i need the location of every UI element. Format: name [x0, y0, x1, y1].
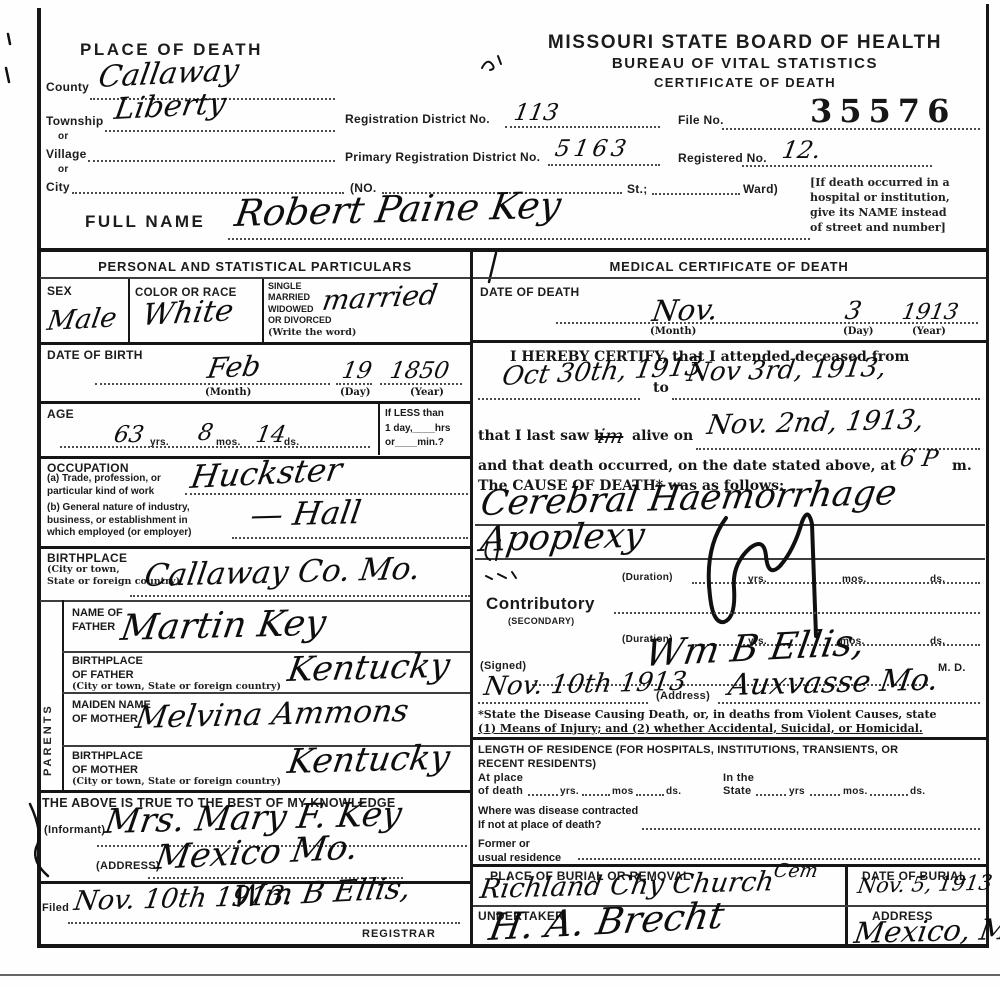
duration1-ds: ds. — [930, 574, 945, 586]
contracted-label: Where was disease contracted If not at p… — [478, 805, 638, 833]
bureau-title: BUREAU OF VITAL STATISTICS — [505, 55, 985, 73]
occupation-b-line: (b) General nature of industry, — [47, 502, 191, 515]
secondary-label: (SECONDARY) — [508, 616, 574, 627]
occupation-b-value: — Hall — [248, 493, 364, 534]
mother-bp-note: (City or town, State or foreign country) — [72, 776, 281, 789]
burial-top-rule — [473, 864, 986, 867]
file-no-label: File No. — [678, 113, 724, 127]
hospital-note-line: [If death occurred in a — [810, 176, 988, 191]
dob-month-line — [95, 383, 330, 385]
undertaker-address-value: Mexico, Mo. — [852, 911, 1000, 950]
res-line-4 — [756, 794, 786, 796]
contributory-line — [614, 612, 980, 614]
footnote-line: (1) Means of Injury; and (2) whether Acc… — [478, 722, 986, 736]
registration-district-value: 113 — [512, 100, 560, 126]
registered-no-line — [742, 165, 932, 167]
dob-year-line — [380, 383, 462, 385]
occupation-a-line: (a) Trade, profession, or — [47, 473, 161, 486]
burial-divider — [845, 864, 848, 944]
full-name-label: FULL NAME — [85, 212, 205, 232]
to-label: to — [653, 380, 669, 396]
dod-year-caption: (Year) — [912, 326, 946, 337]
dob-month: Feb — [205, 349, 263, 385]
primary-registration-value: 5163 — [553, 136, 632, 162]
res-line-1 — [528, 794, 558, 796]
contracted-line: If not at place of death? — [478, 819, 638, 833]
father-name-line: FATHER — [72, 620, 123, 634]
md-label: M. D. — [938, 662, 966, 675]
mother-bp-value: Kentucky — [285, 738, 453, 782]
township-value: Liberty — [112, 86, 228, 127]
hospital-note-line: of street and number] — [810, 221, 988, 236]
header-bottom-rule — [37, 248, 989, 252]
father-bp-value: Kentucky — [285, 646, 453, 690]
footnote: *State the Disease Causing Death, or, in… — [478, 708, 986, 736]
age-note-line: If LESS than — [385, 407, 450, 422]
sex-value: Male — [45, 302, 119, 337]
father-name-label: NAME OF FATHER — [72, 606, 123, 635]
of-death-label: of death — [478, 785, 523, 798]
age-note: If LESS than 1 day,____hrs or____min.? — [385, 407, 450, 451]
res-line-3 — [636, 794, 664, 796]
occupation-b-label: (b) General nature of industry, business… — [47, 502, 191, 540]
primary-registration-line — [548, 164, 660, 166]
res-line-2 — [582, 794, 610, 796]
contracted-line: Where was disease contracted — [478, 805, 638, 819]
age-box-divider — [378, 403, 380, 455]
struck-word: im — [596, 424, 626, 448]
township-line — [105, 130, 335, 132]
hospital-note-line: give its NAME instead — [810, 206, 988, 221]
res-yrs2-label: yrs — [789, 786, 805, 798]
medical-title: MEDICAL CERTIFICATE OF DEATH — [475, 259, 983, 275]
footnote-line: *State the Disease Causing Death, or, in… — [478, 708, 986, 722]
dod-row-rule — [473, 340, 986, 343]
personal-title-rule — [40, 277, 470, 279]
age-years: 63 — [112, 422, 146, 448]
signed-date-line — [478, 702, 648, 704]
age-days: 14 — [254, 422, 288, 448]
at-place-label: At place — [478, 772, 523, 785]
scan-edge-line — [0, 974, 1000, 976]
burial-date-value: Nov. 5, 1913 — [856, 871, 994, 898]
color-value: White — [140, 293, 236, 333]
file-no-value: 35576 — [810, 92, 956, 130]
alive-label: alive on — [632, 428, 693, 444]
res-mos2-label: mos. — [843, 786, 868, 798]
res-ds-label: ds. — [666, 786, 681, 798]
birthplace-value: Callaway Co. Mo. — [142, 551, 423, 594]
hospital-note: [If death occurred in a hospital or inst… — [810, 176, 988, 235]
age-note-line: 1 day,____hrs — [385, 422, 450, 437]
registrar-label: REGISTRAR — [362, 928, 436, 941]
or-label-1: or — [58, 131, 69, 143]
age-label: AGE — [47, 407, 74, 421]
occupation-a-label: (a) Trade, profession, or particular kin… — [47, 473, 161, 498]
signed-address-line — [718, 702, 980, 704]
occupation-b-line-rule — [232, 537, 468, 539]
burial-place-super: Cem — [772, 860, 820, 882]
parents-label: PARENTS — [42, 618, 54, 776]
mother-bp-line: BIRTHPLACE — [72, 750, 143, 764]
file-no-line — [722, 128, 980, 130]
mother-name-value: Melvina Ammons — [133, 693, 411, 736]
mother-bp-label: BIRTHPLACE OF MOTHER — [72, 750, 143, 778]
city-label: City — [46, 180, 70, 194]
father-bp-label: BIRTHPLACE OF FATHER — [72, 655, 143, 683]
death-certificate-scan: PLACE OF DEATH County Callaway Township … — [0, 0, 1000, 988]
state-label: State — [723, 785, 751, 798]
dob-year: 1850 — [388, 358, 451, 384]
registration-district-label: Registration District No. — [345, 112, 490, 126]
sex-color-divider — [128, 279, 130, 342]
last-saw-pre: that I last saw h — [478, 428, 604, 444]
signed-address-value: Auxvasse Mo. — [726, 663, 941, 703]
primary-registration-label: Primary Registration District No. — [345, 150, 540, 164]
attended-to-value: Nov 3rd, 1913, — [685, 353, 888, 388]
age-line — [60, 446, 370, 448]
duration1-label: (Duration) — [622, 572, 673, 584]
or-label-2: or — [58, 164, 69, 176]
in-the-label: In the — [723, 772, 754, 785]
dob-year-caption: (Year) — [410, 387, 444, 398]
parents-bottom-rule — [40, 790, 470, 793]
dob-day-line — [336, 383, 372, 385]
dob-day: 19 — [340, 358, 374, 384]
ink-mark — [22, 800, 52, 880]
marital-label-line: SINGLE — [268, 281, 332, 292]
registration-district-line — [505, 126, 660, 128]
death-occurred-label: and that death occurred, on the date sta… — [478, 458, 896, 474]
dod-day: 3 — [843, 296, 864, 325]
personal-title: PERSONAL AND STATISTICAL PARTICULARS — [40, 259, 470, 275]
informant-label: (Informant) — [44, 824, 105, 837]
age-note-line: or____min.? — [385, 436, 450, 451]
dod-month-caption: (Month) — [650, 326, 696, 337]
age-months: 8 — [196, 420, 215, 446]
last-saw-date-value: Nov. 2nd, 1913, — [705, 404, 926, 441]
registered-no-label: Registered No. — [678, 151, 767, 165]
father-name-line: NAME OF — [72, 606, 123, 620]
city-ward-label: Ward) — [743, 182, 778, 196]
residence-title-line: RECENT RESIDENTS) — [478, 757, 898, 771]
residence-title: LENGTH OF RESIDENCE (FOR HOSPITALS, INST… — [478, 743, 898, 772]
father-bp-line: BIRTHPLACE — [72, 655, 143, 669]
center-divider — [470, 250, 473, 944]
ink-mark — [478, 536, 522, 588]
former-line: Former or — [478, 838, 561, 852]
attended-from-line — [478, 398, 640, 400]
res-ds2-label: ds. — [910, 786, 925, 798]
filed-label: Filed — [42, 902, 69, 915]
dod-line — [556, 322, 978, 324]
ink-mark — [478, 52, 504, 74]
city-st-label: St.; — [627, 182, 648, 196]
board-title: MISSOURI STATE BOARD OF HEALTH — [505, 32, 985, 55]
county-label: County — [46, 80, 89, 94]
ink-mark — [2, 30, 18, 90]
full-name-value: Robert Paine Key — [232, 184, 564, 235]
city-st-line — [652, 193, 740, 195]
attended-to-line — [672, 398, 980, 400]
marital-value: married — [320, 278, 440, 317]
death-m-label: m. — [952, 458, 972, 474]
township-label: Township — [46, 114, 104, 128]
right-border — [986, 4, 989, 946]
footnote-rule — [473, 737, 986, 740]
certificate-title: CERTIFICATE OF DEATH — [505, 75, 985, 91]
village-label: Village — [46, 147, 87, 161]
death-time-value: 6 P — [898, 446, 940, 472]
dod-day-caption: (Day) — [843, 326, 873, 337]
res-line-6 — [870, 794, 908, 796]
medical-title-rule — [473, 277, 986, 279]
dod-label: DATE OF DEATH — [480, 285, 579, 299]
dob-day-caption: (Day) — [340, 387, 370, 398]
occupation-b-line: which employed (or employer) — [47, 527, 191, 540]
occupation-row-rule — [40, 546, 470, 549]
duration2-ds: ds. — [930, 636, 945, 648]
res-yrs-label: yrs. — [560, 786, 579, 798]
full-name-line — [228, 238, 810, 240]
occupation-a-value: Huckster — [188, 450, 345, 496]
former-residence-label: Former or usual residence — [478, 838, 561, 866]
father-name-value: Martin Key — [118, 603, 329, 649]
contributory-label: Contributory — [486, 594, 595, 614]
residence-title-line: LENGTH OF RESIDENCE (FOR HOSPITALS, INST… — [478, 743, 898, 757]
birthplace-line — [130, 595, 470, 597]
parents-inner-border — [62, 600, 64, 790]
contracted-rule — [642, 828, 980, 830]
dob-month-caption: (Month) — [205, 387, 251, 398]
res-mos-label: mos — [612, 786, 633, 798]
res-line-5 — [810, 794, 840, 796]
signed-address-label: (Address) — [656, 690, 710, 703]
registered-no-value: 12. — [780, 136, 823, 164]
occupation-a-line: particular kind of work — [47, 486, 161, 499]
village-line — [88, 160, 335, 162]
hospital-note-line: hospital or institution, — [810, 191, 988, 206]
sex-label: SEX — [47, 284, 72, 298]
informant-address-label: (ADDRESS) — [96, 860, 160, 873]
dob-row-rule — [40, 401, 470, 404]
birthplace-row-rule — [40, 600, 470, 602]
marital-note: (Write the word) — [268, 327, 356, 340]
occupation-b-line: business, or establishment in — [47, 515, 191, 528]
filed-line — [68, 922, 460, 924]
dob-label: DATE OF BIRTH — [47, 348, 143, 362]
sex-row-rule — [40, 342, 470, 345]
color-marital-divider — [262, 279, 264, 342]
